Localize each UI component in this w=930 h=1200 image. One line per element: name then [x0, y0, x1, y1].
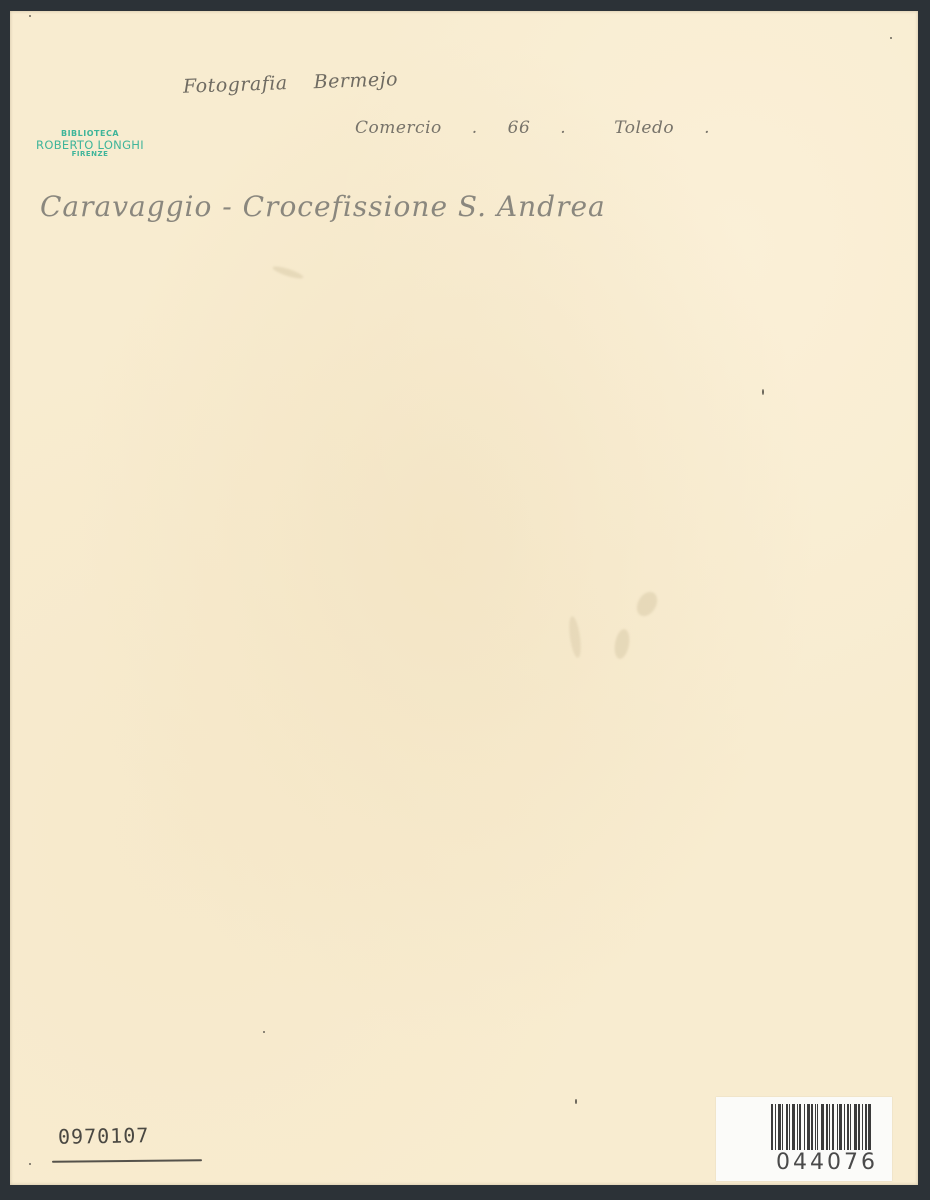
stain-mark	[272, 264, 305, 281]
speck	[890, 37, 892, 39]
address-separator: .	[704, 118, 710, 138]
speck	[762, 389, 764, 395]
photographer-label: Fotografia	[183, 72, 288, 98]
barcode-number: 044076	[776, 1150, 878, 1175]
photographer-name: Bermejo	[313, 68, 398, 93]
barcode-label: 044076	[716, 1097, 892, 1181]
address-inscription: Comercio.66.Toledo.	[355, 118, 740, 138]
stain-mark	[613, 628, 632, 660]
address-street: Comercio	[355, 118, 442, 138]
library-stamp: BIBLIOTECA ROBERTO LONGHI FIRENZE	[30, 130, 150, 159]
subject-inscription: Caravaggio - Crocefissione S. Andrea	[40, 190, 606, 223]
barcode-icon	[771, 1104, 881, 1150]
speck	[29, 1163, 31, 1165]
inventory-number: 0970107	[58, 1123, 150, 1149]
speck	[29, 15, 31, 17]
photo-verso-sheet	[10, 11, 918, 1185]
scan-background: BIBLIOTECA ROBERTO LONGHI FIRENZE Fotogr…	[0, 0, 930, 1200]
address-separator: .	[560, 118, 566, 138]
address-separator: .	[472, 118, 478, 138]
address-city: Toledo	[614, 118, 674, 138]
speck	[263, 1031, 265, 1033]
stain-mark	[567, 616, 583, 659]
stain-mark	[633, 588, 662, 620]
address-number: 66	[508, 118, 531, 138]
stamp-line-3: FIRENZE	[30, 151, 150, 159]
speck	[575, 1099, 577, 1104]
